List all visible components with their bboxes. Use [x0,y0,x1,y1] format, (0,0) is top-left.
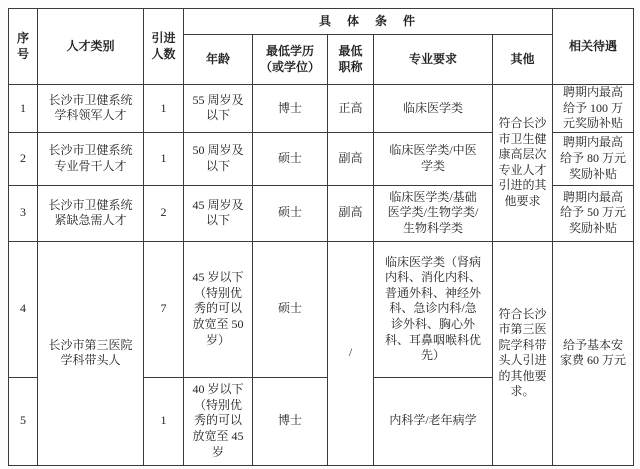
header-category: 人才类别 [38,9,144,85]
cell-count: 7 [144,241,184,377]
cell-count: 2 [144,185,184,241]
cell-major: 内科学/老年病学 [374,377,493,465]
cell-education: 硕士 [253,241,328,377]
header-major: 专业要求 [374,35,493,85]
cell-benefits: 聘期内最高给予 80 万元奖励补贴 [553,132,634,185]
cell-education: 博士 [253,377,328,465]
cell-age: 55 周岁及以下 [184,85,253,133]
cell-serial: 4 [9,241,38,377]
cell-other-merged-rows-4-5: 符合长沙市第三医院学科带头人引进的其他要求。 [493,241,553,465]
cell-education: 硕士 [253,185,328,241]
cell-benefits: 聘期内最高给予 100 万元奖励补贴 [553,85,634,133]
header-conditions-group: 具 体 条 件 [184,9,553,35]
cell-education: 硕士 [253,132,328,185]
recruitment-conditions-table: 序号 人才类别 引进人数 具 体 条 件 相关待遇 年龄 最低学历（或学位） 最… [8,8,634,466]
cell-major: 临床医学类 [374,85,493,133]
cell-benefits: 聘期内最高给予 50 万元奖励补贴 [553,185,634,241]
cell-count: 1 [144,85,184,133]
cell-min-title-merged-rows-4-5: / [328,241,374,465]
cell-count: 1 [144,377,184,465]
table-row-1: 1 长沙市卫健系统学科领军人才 1 55 周岁及以下 博士 正高 临床医学类 符… [9,85,634,133]
cell-category-merged-rows-4-5: 长沙市第三医院学科带头人 [38,241,144,465]
header-age: 年龄 [184,35,253,85]
cell-age: 45 岁以下（特别优秀的可以放宽至 50 岁） [184,241,253,377]
cell-category: 长沙市卫健系统学科领军人才 [38,85,144,133]
cell-benefits-merged-rows-4-5: 给予基本安家费 60 万元 [553,241,634,465]
cell-category: 长沙市卫健系统紧缺急需人才 [38,185,144,241]
cell-min-title: 副高 [328,132,374,185]
header-other: 其他 [493,35,553,85]
cell-min-title: 正高 [328,85,374,133]
cell-major: 临床医学类/中医学类 [374,132,493,185]
document-page: 序号 人才类别 引进人数 具 体 条 件 相关待遇 年龄 最低学历（或学位） 最… [0,0,640,469]
header-min-title: 最低职称 [328,35,374,85]
cell-other-merged-rows-1-3: 符合长沙市卫生健康高层次专业人才引进的其他要求 [493,85,553,242]
cell-education: 博士 [253,85,328,133]
cell-serial: 5 [9,377,38,465]
cell-age: 45 周岁及以下 [184,185,253,241]
cell-age: 50 周岁及以下 [184,132,253,185]
cell-serial: 2 [9,132,38,185]
header-benefits: 相关待遇 [553,9,634,85]
cell-major: 临床医学类/基础医学类/生物学类/生物科学类 [374,185,493,241]
header-education: 最低学历（或学位） [253,35,328,85]
cell-serial: 3 [9,185,38,241]
header-count: 引进人数 [144,9,184,85]
cell-min-title: 副高 [328,185,374,241]
cell-category: 长沙市卫健系统专业骨干人才 [38,132,144,185]
cell-age: 40 岁以下（特别优秀的可以放宽至 45 岁 [184,377,253,465]
header-row-top: 序号 人才类别 引进人数 具 体 条 件 相关待遇 [9,9,634,35]
cell-major: 临床医学类（肾病内科、消化内科、普通外科、神经外科、急诊内科/急诊外科、胸心外科… [374,241,493,377]
cell-count: 1 [144,132,184,185]
header-serial: 序号 [9,9,38,85]
table-row-4: 4 长沙市第三医院学科带头人 7 45 岁以下（特别优秀的可以放宽至 50 岁）… [9,241,634,377]
cell-serial: 1 [9,85,38,133]
